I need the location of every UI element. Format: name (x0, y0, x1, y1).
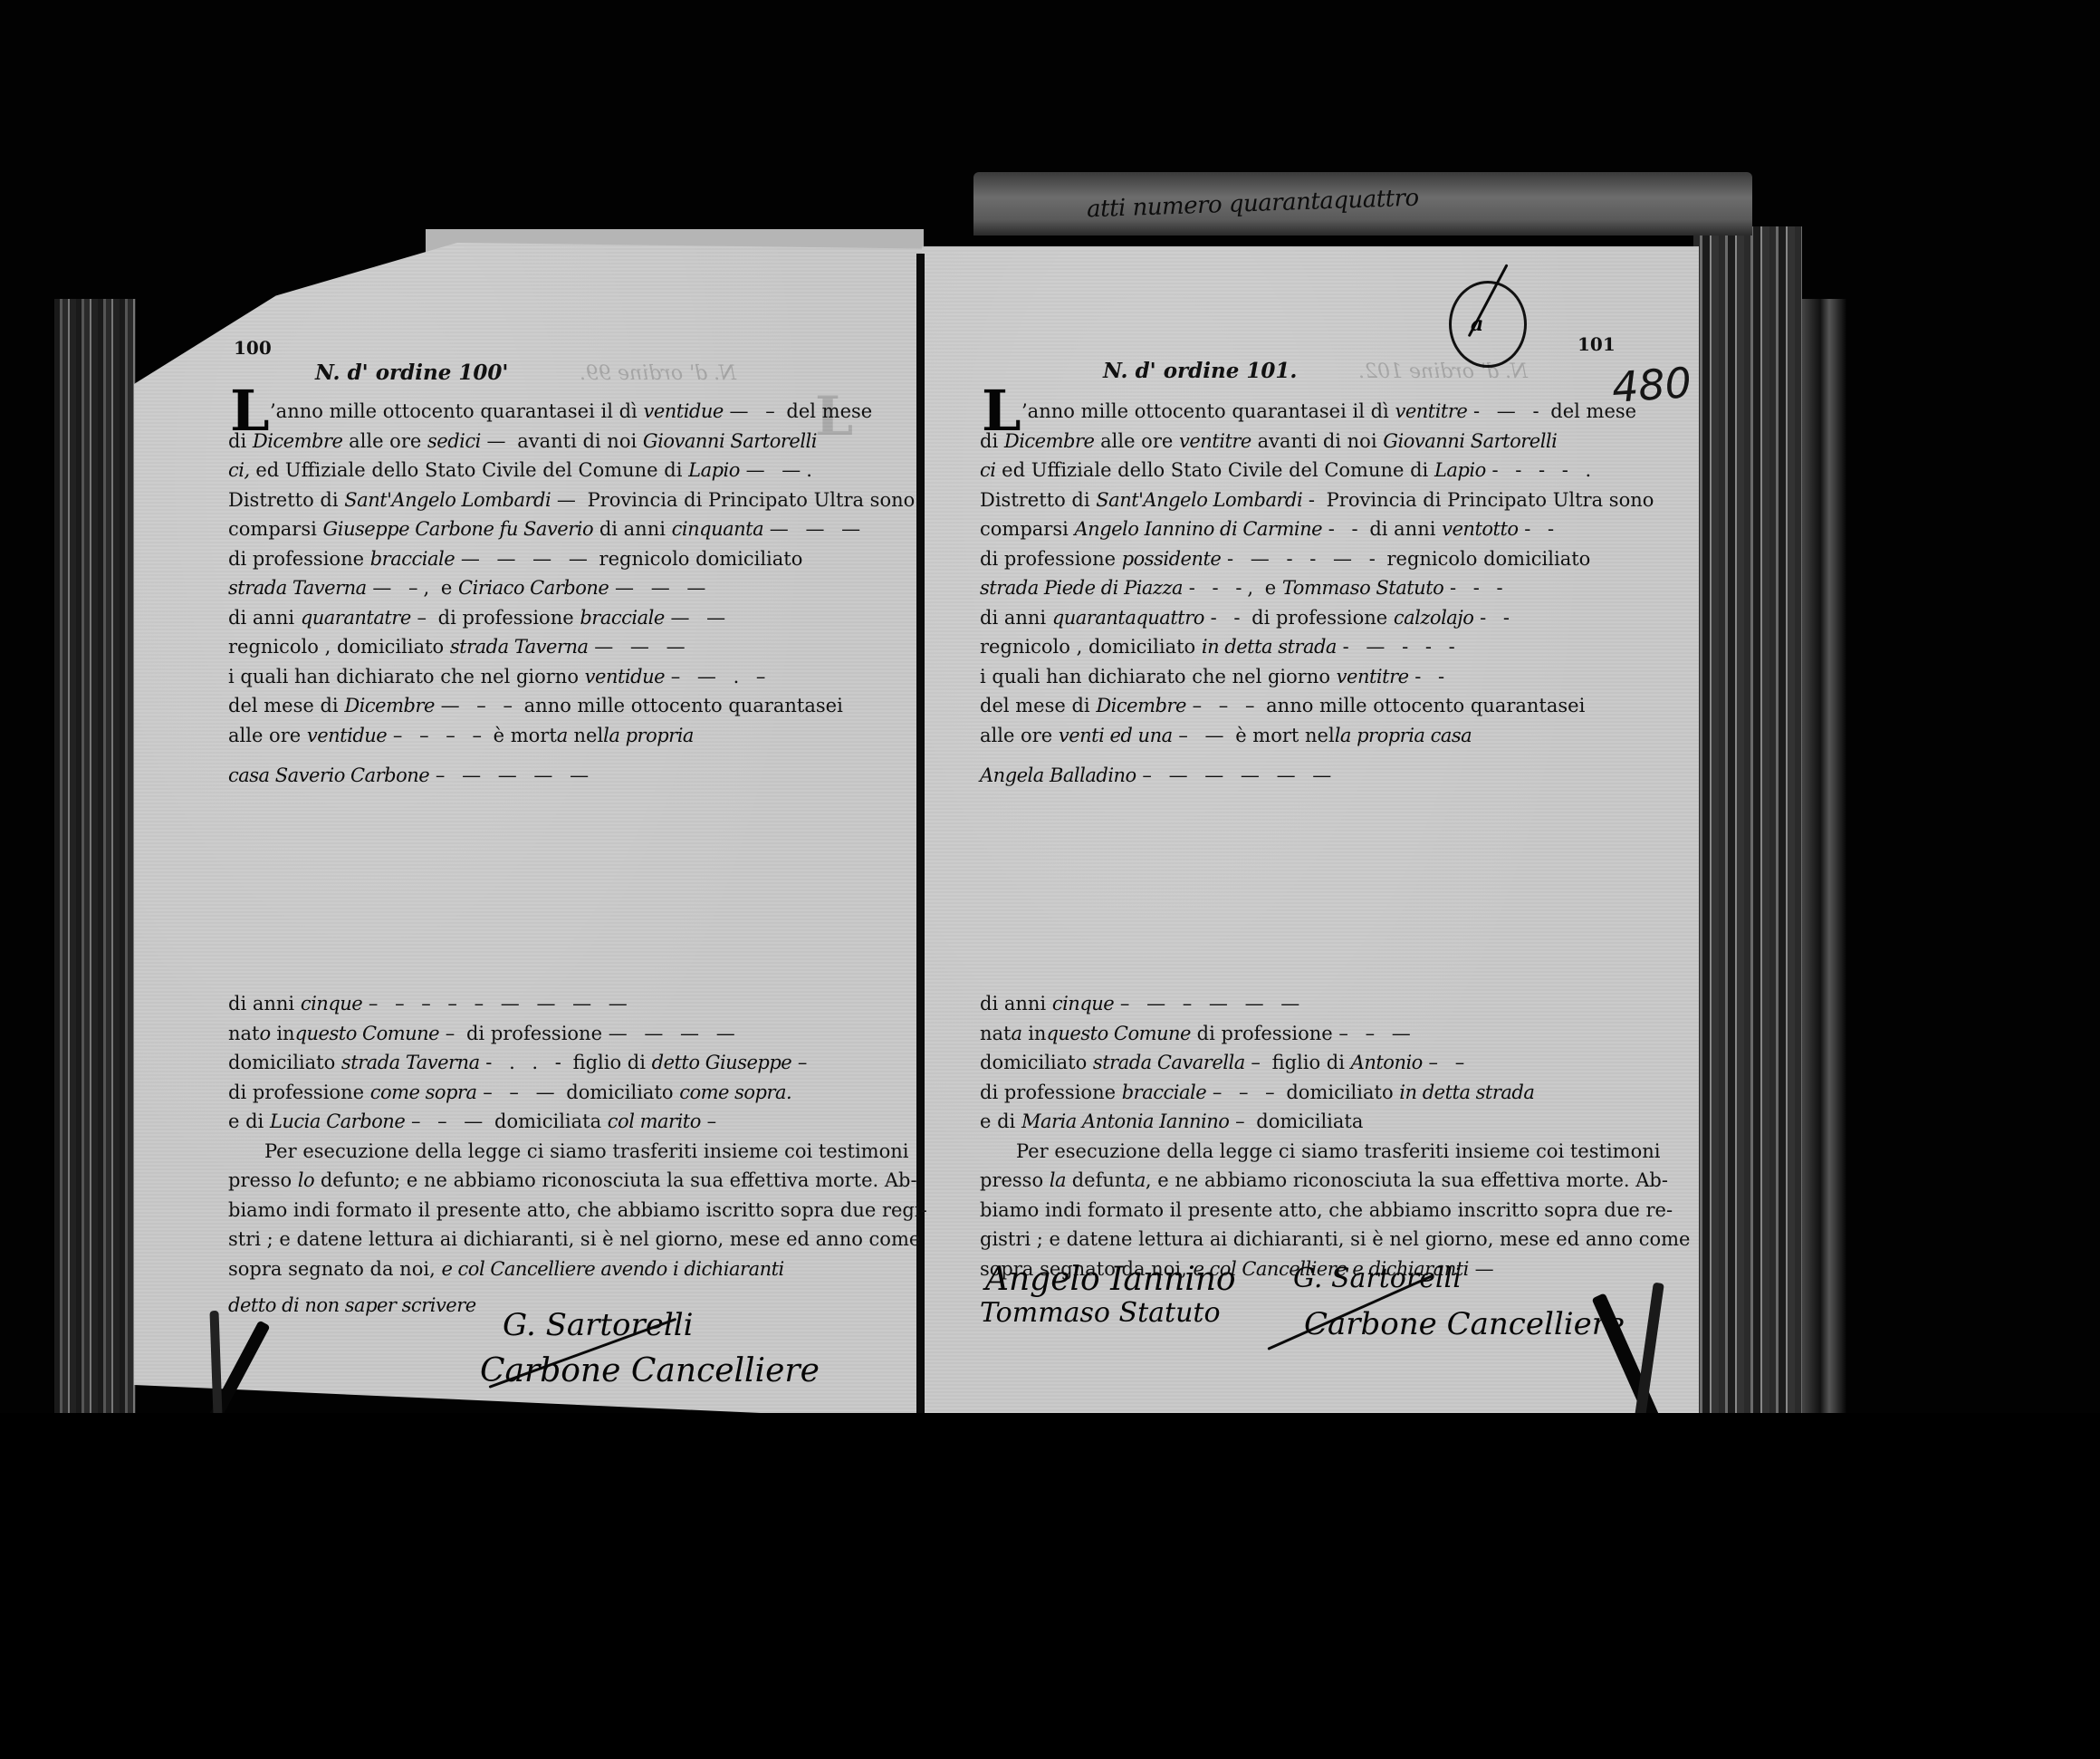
right-bottom-line-6: Per esecuzione della legge ci siamo tras… (980, 1137, 1632, 1167)
left-line-2: di Dicembre alle ore sedici — avanti di … (228, 427, 889, 457)
book-cover-edge (1802, 299, 1847, 1431)
handwritten-month: Dicembre (1004, 430, 1095, 452)
right-line-12: alle ore venti ed una – — è mort nella p… (980, 721, 1632, 751)
handwritten-profession: bracciale (370, 548, 455, 570)
handwritten-address: strada Cavarella (1093, 1052, 1245, 1073)
left-line-8: di anni quarantatre – di professione bra… (228, 603, 889, 633)
handwritten-gender-suffix: a (1011, 1023, 1021, 1044)
filler-dash: - - (1328, 518, 1364, 540)
printed-text: domiciliata (1256, 1110, 1363, 1132)
handwritten-place-owner: Angela Balladino (980, 764, 1136, 786)
handwritten-profession: bracciale (1122, 1081, 1206, 1103)
printed-text: biamo indi formato il presente atto, che… (980, 1199, 1673, 1221)
filler-dash: - — - (1473, 400, 1545, 422)
handwritten-closing: e col Cancelliere avendo i dichiaranti (441, 1258, 783, 1280)
printed-text: di anni (1369, 518, 1435, 540)
left-bottom-line-10: sopra segnato da noi, e col Cancelliere … (228, 1254, 889, 1284)
handwritten-address: come sopra. (679, 1081, 791, 1103)
printed-text: regnicolo , domiciliato (980, 636, 1195, 658)
left-bottom-line-9: stri ; e datene lettura ai dichiaranti, … (228, 1225, 889, 1254)
filler-dash: - — - - - (1343, 636, 1461, 658)
filler-dash: – — (1178, 725, 1229, 746)
left-line-7: strada Taverna — –, e Ciriaco Carbone — … (228, 573, 889, 603)
handwritten-place: la propria casa (1335, 725, 1472, 746)
handwritten-age: ventotto (1442, 518, 1518, 540)
printed-text: anno mille ottocento quarantasei (1266, 695, 1585, 716)
filler-dash: — –, (372, 577, 435, 599)
right-line-2: di Dicembre alle ore ventitre avanti di … (980, 427, 1632, 457)
left-bottom-line-5: e di Lucia Carbone – – — domiciliata col… (228, 1107, 889, 1137)
printed-text: i quali han dichiarato che nel giorno (228, 666, 579, 687)
filler-dash: – – – – (393, 725, 487, 746)
left-bottom-line-1: di anni cinque – – – – – — — — — (228, 989, 889, 1019)
handwritten-address: strada Taverna (450, 636, 589, 658)
right-bleedthrough-ordine: N. d' ordine 102. (1358, 360, 1528, 383)
printed-text: alle ore (349, 430, 421, 452)
filler-dash: - — - - — - (1227, 548, 1381, 570)
filler-dash: – — — — — (436, 764, 594, 786)
handwritten-gender-suffix: o (259, 1023, 270, 1044)
filler-dash: – – — (411, 1110, 488, 1132)
filler-dash: – (446, 1023, 461, 1044)
handwritten-father: detto Giuseppe (652, 1052, 792, 1073)
printed-text: di anni (599, 518, 666, 540)
left-line-10: i quali han dichiarato che nel giorno ve… (228, 662, 889, 692)
handwritten-hour: sedici (427, 430, 481, 452)
printed-text: regnicolo domiciliato (599, 548, 803, 570)
left-bottom-line-6: Per esecuzione della legge ci siamo tras… (228, 1137, 889, 1167)
printed-text: alle ore (1100, 430, 1173, 452)
filler-dash: – — . – (671, 666, 772, 687)
handwritten-profession: come sopra (370, 1081, 477, 1103)
printed-text: domiciliato (566, 1081, 673, 1103)
printed-text: di professione (466, 1023, 602, 1044)
printed-text: di professione (228, 1081, 364, 1103)
right-signature-declarant-2: Tommaso Statuto (980, 1297, 1221, 1329)
left-bottom-line-3: domiciliato strada Taverna - . . - figli… (228, 1048, 889, 1078)
right-signature-sindaco: G. Sartorelli (1293, 1263, 1462, 1294)
printed-text: è mort (494, 725, 557, 746)
right-line-5: comparsi Angelo Iannino di Carmine - - d… (980, 514, 1632, 544)
handwritten-month: Dicembre (253, 430, 343, 452)
filler-dash: - - (1414, 666, 1450, 687)
printed-text: e di (980, 1110, 1015, 1132)
handwritten-day: ventitre (1337, 666, 1409, 687)
right-line-8: di anni quarantaquattro - - di professio… (980, 603, 1632, 633)
left-act-bottom-block: di anni cinque – – – – – — — — — nato in… (228, 989, 889, 1321)
left-act-top-block: ’anno mille ottocento quarantasei il dì … (228, 397, 889, 791)
filler-dash: - - - - . (1491, 459, 1597, 481)
filler-dash: - (1309, 489, 1320, 511)
left-line-13: casa Saverio Carbone – — — — — (228, 761, 889, 791)
right-bottom-line-9: gistri ; e datene lettura ai dichiaranti… (980, 1225, 1632, 1254)
filler-dash: — (1475, 1258, 1500, 1280)
filler-dash: — — — (615, 577, 711, 599)
printed-text: e di (228, 1110, 264, 1132)
filler-dash: – (1235, 1110, 1251, 1132)
handwritten-age: quarantaquattro (1052, 607, 1204, 629)
filler-dash: - - -, (1189, 577, 1259, 599)
printed-text: anno mille ottocento quarantasei (524, 695, 843, 716)
handwritten-circle-mark (1449, 281, 1527, 368)
filler-dash: — – (730, 400, 781, 422)
printed-text: di professione (980, 1081, 1116, 1103)
printed-text: defunt (1072, 1169, 1135, 1191)
printed-text: di professione (1197, 1023, 1333, 1044)
left-bleedthrough-ordine: N. d' ordine 99. (580, 362, 736, 385)
handwritten-address: in detta strada (1202, 636, 1337, 658)
printed-text: di professione (438, 607, 574, 629)
handwritten-officer-name: Giovanni Sartorelli (643, 430, 817, 452)
printed-text: biamo indi formato il presente atto, che… (228, 1199, 927, 1221)
handwritten-declarant-1: Giuseppe Carbone fu Saverio (323, 518, 594, 540)
printed-text: di anni (980, 993, 1046, 1014)
printed-text: domiciliato (1286, 1081, 1393, 1103)
filler-dash: - - (1211, 607, 1246, 629)
handwritten-distretto: Sant'Angelo Lombardi (344, 489, 551, 511)
handwritten-address: strada Taverna (341, 1052, 480, 1073)
right-bottom-line-8: biamo indi formato il presente atto, che… (980, 1196, 1632, 1226)
handwritten-article: lo (298, 1169, 314, 1191)
handwritten-day: ventitre (1395, 400, 1467, 422)
filler-dash: – – — (483, 1081, 560, 1103)
filler-dash: – – – (1193, 695, 1261, 716)
filler-dash: - . . - (485, 1052, 567, 1073)
filler-dash: – — – — — — (1120, 993, 1305, 1014)
handwritten-place: la propria (603, 725, 694, 746)
right-line-9: regnicolo , domiciliato in detta strada … (980, 632, 1632, 662)
handwritten-age: quarantatre (301, 607, 411, 629)
printed-text: di professione (228, 548, 364, 570)
handwritten-place-cont: casa Saverio Carbone (228, 764, 429, 786)
printed-text: ed Uffiziale dello Stato Civile del Comu… (1002, 459, 1428, 481)
filler-dash: — – – (441, 695, 518, 716)
printed-text: ed Uffiziale dello Stato Civile del Comu… (255, 459, 682, 481)
filler-dash: - - (1524, 518, 1559, 540)
printed-text: Provincia di Principato Ultra sono (588, 489, 916, 511)
left-page-number: 100 (234, 337, 272, 359)
left-signature-cancelliere: Carbone Cancelliere (480, 1352, 820, 1389)
right-bottom-line-3: domiciliato strada Cavarella – figlio di… (980, 1048, 1632, 1078)
printed-text: e (441, 577, 452, 599)
printed-text: ’anno mille ottocento quarantasei il dì (270, 400, 638, 422)
handwritten-profession: possidente (1122, 548, 1222, 570)
printed-text: nel (1305, 725, 1335, 746)
handwritten-declarant-1: Angelo Iannino di Carmine (1075, 518, 1323, 540)
filler-dash: — — — (770, 518, 866, 540)
printed-text: comparsi (228, 518, 317, 540)
printed-text: alle ore (228, 725, 301, 746)
right-line-10: i quali han dichiarato che nel giorno ve… (980, 662, 1632, 692)
printed-text: di anni (228, 993, 294, 1014)
left-bottom-line-7: presso lo defunto; e ne abbiamo riconosc… (228, 1166, 889, 1196)
printed-text: del mese (1550, 400, 1636, 422)
right-signature-declarant-1: Angelo Iannino (985, 1261, 1236, 1298)
handwritten-deceased-age: cinque (301, 993, 362, 1014)
handwritten-text: ci (980, 459, 995, 481)
printed-text: regnicolo , domiciliato (228, 636, 444, 658)
printed-text: di anni (980, 607, 1046, 629)
handwritten-hour: ventidue (307, 725, 387, 746)
printed-text: di professione (980, 548, 1116, 570)
filler-dash: — — — (594, 636, 690, 658)
handwritten-gender-suffix: a (557, 725, 568, 746)
handwritten-text: ci, (228, 459, 250, 481)
printed-text: Distretto di (228, 489, 339, 511)
left-ordine-label: N. d' ordine 100' (315, 360, 508, 385)
handwritten-address: strada Piede di Piazza (980, 577, 1183, 599)
left-page-stack-edge (54, 299, 136, 1422)
printed-text: avanti di noi (517, 430, 637, 452)
handwritten-address: in detta strada (1399, 1081, 1534, 1103)
printed-text: , e ne abbiamo riconosciuta la sua effet… (1146, 1169, 1668, 1191)
filler-dash: – – — (1338, 1023, 1415, 1044)
printed-text: figlio di (1272, 1052, 1345, 1073)
right-bottom-line-7: presso la defunta, e ne abbiamo riconosc… (980, 1166, 1632, 1196)
left-line-12: alle ore ventidue – – – – è morta nella … (228, 721, 889, 751)
printed-text: comparsi (980, 518, 1069, 540)
filler-dash: – (798, 1052, 813, 1073)
printed-text: presso (228, 1169, 292, 1191)
left-line-6: di professione bracciale — — — — regnico… (228, 544, 889, 574)
handwritten-distretto: Sant'Angelo Lombardi (1096, 489, 1302, 511)
handwritten-officer-name: Giovanni Sartorelli (1383, 430, 1557, 452)
handwritten-day: ventidue (643, 400, 723, 422)
handwritten-comune: Lapio (1434, 459, 1486, 481)
right-bottom-line-1: di anni cinque – — – — — — (980, 989, 1632, 1019)
handwritten-mother: Maria Antonia Iannino (1021, 1110, 1229, 1132)
handwritten-birthplace: questo Comune (295, 1023, 440, 1044)
filler-dash: — —. (746, 459, 818, 481)
handwritten-gender-suffix: o (383, 1169, 394, 1191)
handwritten-mother: Lucia Carbone (270, 1110, 405, 1132)
printed-text: in (276, 1023, 294, 1044)
right-bottom-line-4: di professione bracciale – – – domicilia… (980, 1078, 1632, 1108)
printed-text: di anni (228, 607, 294, 629)
printed-text: domiciliato (228, 1052, 335, 1073)
left-line-1: ’anno mille ottocento quarantasei il dì … (228, 397, 889, 427)
left-signature-sindaco: G. Sartorelli (503, 1307, 694, 1343)
printed-text: Distretto di (980, 489, 1090, 511)
left-bottom-line-4: di professione come sopra – – — domicili… (228, 1078, 889, 1108)
handwritten-profession: bracciale (580, 607, 664, 629)
printed-text: domiciliato (980, 1052, 1087, 1073)
handwritten-hour: venti ed una (1059, 725, 1173, 746)
printed-text: è mort (1235, 725, 1299, 746)
printed-text: nat (228, 1023, 259, 1044)
printed-text: di professione (1251, 607, 1387, 629)
right-bottom-line-5: e di Maria Antonia Iannino – domiciliata (980, 1107, 1632, 1137)
printed-text: del mese di (228, 695, 339, 716)
filler-dash: – – (1429, 1052, 1471, 1073)
filler-dash: - - - (1450, 577, 1509, 599)
handwritten-address: strada Taverna (228, 577, 367, 599)
handwritten-father: Antonio (1351, 1052, 1423, 1073)
handwritten-month: Dicembre (344, 695, 435, 716)
filler-dash: – — — — — — (1142, 764, 1337, 786)
filler-dash: — (557, 489, 581, 511)
filler-dash: - - (1480, 607, 1515, 629)
handwritten-closing-cont: detto di non saper scrivere (228, 1294, 476, 1316)
left-line-11: del mese di Dicembre — – – anno mille ot… (228, 691, 889, 721)
printed-text: ; e ne abbiamo riconosciuta la sua effet… (394, 1169, 916, 1191)
filler-dash: — — — — (609, 1023, 741, 1044)
printed-text: stri ; e datene lettura ai dichiaranti, … (228, 1228, 920, 1250)
handwritten-deceased-age: cinque (1052, 993, 1114, 1014)
filler-dash: – (1251, 1052, 1266, 1073)
right-line-6: di professione possidente - — - - — - re… (980, 544, 1632, 574)
right-page-stack-edge (1693, 226, 1802, 1440)
left-line-5: comparsi Giuseppe Carbone fu Saverio di … (228, 514, 889, 544)
right-line-7: strada Piede di Piazza - - -, e Tommaso … (980, 573, 1632, 603)
book-gutter (916, 254, 925, 1431)
right-page-number: 101 (1577, 333, 1616, 355)
right-bottom-line-2: nata inquesto Comune di professione – – … (980, 1019, 1632, 1049)
right-act-bottom-block: di anni cinque – — – — — — nata inquesto… (980, 989, 1632, 1283)
printed-text: gistri ; e datene lettura ai dichiaranti… (980, 1228, 1690, 1250)
printed-text: figlio di (573, 1052, 646, 1073)
handwritten-article: la (1050, 1169, 1066, 1191)
handwritten-birthplace: questo Comune (1046, 1023, 1191, 1044)
handwritten-declarant-2: Ciriaco Carbone (458, 577, 609, 599)
printed-text: in (1028, 1023, 1046, 1044)
right-act-top-block: ’anno mille ottocento quarantasei il dì … (980, 397, 1632, 791)
right-ordine-label: N. d' ordine 101. (1103, 359, 1297, 383)
left-line-9: regnicolo , domiciliato strada Taverna —… (228, 632, 889, 662)
right-line-3: ci ed Uffiziale dello Stato Civile del C… (980, 456, 1632, 485)
filler-dash: – – – (1213, 1081, 1280, 1103)
filler-dash: — — — — (461, 548, 593, 570)
right-line-4: Distretto di Sant'Angelo Lombardi - Prov… (980, 485, 1632, 515)
handwritten-age: cinquanta (672, 518, 763, 540)
right-line-13: Angela Balladino – — — — — — (980, 761, 1632, 791)
printed-text: i quali han dichiarato che nel giorno (980, 666, 1330, 687)
printed-text: del mese di (980, 695, 1090, 716)
printed-text: presso (980, 1169, 1043, 1191)
printed-text: di (228, 430, 246, 452)
printed-text: avanti di noi (1258, 430, 1377, 452)
filler-dash: – (417, 607, 432, 629)
handwritten-address: col marito (608, 1110, 701, 1132)
right-line-1: ’anno mille ottocento quarantasei il dì … (980, 397, 1632, 427)
handwritten-gender-suffix: a (1135, 1169, 1146, 1191)
handwritten-comune: Lapio (688, 459, 740, 481)
printed-text: regnicolo domiciliato (1386, 548, 1590, 570)
printed-text: nat (980, 1023, 1011, 1044)
printed-text: Provincia di Principato Ultra sono (1327, 489, 1654, 511)
printed-text: ’anno mille ottocento quarantasei il dì (1021, 400, 1389, 422)
handwritten-month: Dicembre (1096, 695, 1186, 716)
left-bottom-line-2: nato inquesto Comune – di professione — … (228, 1019, 889, 1049)
right-signature-cancelliere: Carbone Cancelliere (1304, 1306, 1625, 1342)
scanned-register-spread: atti numero quarantaquattro 100 N. d' or… (0, 0, 2100, 1759)
printed-text: nel (574, 725, 604, 746)
printed-text: domiciliata (494, 1110, 601, 1132)
printed-text: alle ore (980, 725, 1052, 746)
filler-dash: — (487, 430, 512, 452)
printed-text: defunt (321, 1169, 383, 1191)
printed-text: sopra segnato da noi, (228, 1258, 436, 1280)
left-line-3: ci, ed Uffiziale dello Stato Civile del … (228, 456, 889, 485)
left-line-4: Distretto di Sant'Angelo Lombardi — Prov… (228, 485, 889, 515)
printed-text: Per esecuzione della legge ci siamo tras… (1016, 1140, 1660, 1162)
printed-text: di (980, 430, 998, 452)
printed-text: del mese (786, 400, 872, 422)
handwritten-profession: calzolajo (1394, 607, 1474, 629)
printed-text: Per esecuzione della legge ci siamo tras… (264, 1140, 908, 1162)
right-line-11: del mese di Dicembre – – – anno mille ot… (980, 691, 1632, 721)
handwritten-day: ventidue (585, 666, 665, 687)
left-bottom-line-8: biamo indi formato il presente atto, che… (228, 1196, 889, 1226)
filler-dash: — — (670, 607, 731, 629)
circle-mark-letter: a (1471, 312, 1483, 336)
scan-background-bottom (0, 1413, 2100, 1759)
filler-dash: – – – – – — — — — (369, 993, 633, 1014)
handwritten-hour: ventitre (1179, 430, 1251, 452)
printed-text: e (1265, 577, 1276, 599)
filler-dash: – (707, 1110, 723, 1132)
handwritten-declarant-2: Tommaso Statuto (1282, 577, 1443, 599)
